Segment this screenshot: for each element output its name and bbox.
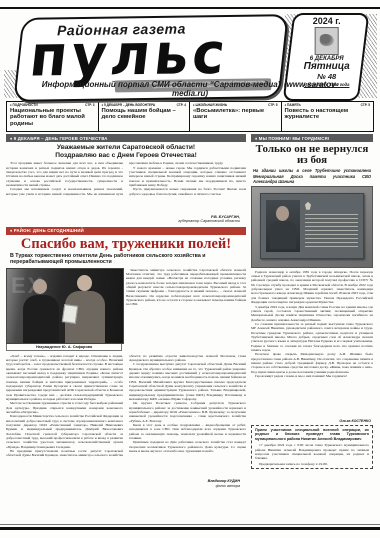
article-paragraph: Он вручил Почетные грамоты Собрания депу… bbox=[129, 401, 246, 423]
teaser-title: Помощь нашим бойцам – дело семейное bbox=[102, 108, 187, 121]
person-head bbox=[33, 279, 47, 294]
teaser-title: Повесть о настоящем журналисте bbox=[285, 108, 371, 121]
article-paragraph: 3 декабря 2024 года, в канун Дня воинско… bbox=[251, 305, 373, 322]
article-paragraph: С поздравлением выступил депутат Саратов… bbox=[129, 362, 246, 401]
teaser-page-ref: СТР. 5 bbox=[268, 103, 277, 107]
teaser-page-ref: СТР. 5 bbox=[361, 103, 370, 107]
person-silhouette bbox=[23, 295, 59, 344]
article-paragraph: Местом чествования тружеников отрасли в … bbox=[6, 401, 123, 414]
medal-icon bbox=[305, 202, 311, 210]
issue-year: 2024 г. bbox=[291, 16, 363, 26]
greeting-headline-line2: Поздравляю вас с Днем Героев Отечества! bbox=[6, 152, 246, 160]
article-paragraph: Со словами признательности за ратный под… bbox=[251, 322, 373, 352]
rubric-band-heroes-day: ♦ 9 ДЕКАБРЯ – ДЕНЬ ГЕРОЕВ ОТЕЧЕСТВА bbox=[6, 134, 246, 142]
main-article-headline: Спасибо вам, труженики полей! bbox=[6, 237, 246, 252]
teaser-school-life: ♦ ШКОЛЬНАЯ ЖИЗНЬ СТР. 5 «Восьмилетка»: п… bbox=[190, 102, 282, 131]
greeting-body: Этот праздник имеет большое значение для… bbox=[6, 161, 246, 213]
article-paragraph: Были в этот день и особые поздравления –… bbox=[129, 423, 246, 440]
teaser-rubric: ♦ ШКОЛЬНАЯ ЖИЗНЬ bbox=[193, 103, 227, 107]
greeting-paragraph: У нового времени – новые герои. Мы горди… bbox=[129, 166, 246, 188]
award-photo: ЕХ bbox=[6, 268, 124, 344]
greeting-paragraph: Пусть приумножаются новые свершения на б… bbox=[129, 187, 246, 196]
bottom-thin-rule bbox=[0, 524, 380, 525]
main-article-body: «Хлеб – всему голова», – издавна говорят… bbox=[6, 354, 246, 478]
memorial-plaque bbox=[260, 193, 364, 259]
memorial-lede: На здании школы в селе Трубетчино устано… bbox=[253, 168, 371, 183]
teaser-volunteer-day: ♦ 5 ДЕКАБРЯ – ДЕНЬ ВОЛОНТЕРА СТР. 4 Помо… bbox=[99, 102, 191, 131]
main-article-lead: Заместитель министра сельского хозяйства… bbox=[126, 268, 246, 352]
teaser-rubric: ♦ ПОДРОБНОСТИ bbox=[10, 103, 38, 107]
memorial-signature: Ольга КОСТЕНКО bbox=[251, 419, 371, 423]
article-paragraph: Приятным подарком ко Дню работника сельс… bbox=[129, 440, 246, 453]
plaque-inscription-lines bbox=[305, 214, 358, 250]
teaser-rubric: ♦ 5 ДЕКАБРЯ – ДЕНЬ ВОЛОНТЕРА bbox=[102, 103, 156, 107]
person-head bbox=[77, 275, 92, 291]
memorial-plaque-photo bbox=[251, 186, 373, 268]
teaser-page-ref: СТР. 4 bbox=[177, 103, 186, 107]
teaser-rubric: ♦ ПАМЯТЬ bbox=[285, 103, 301, 107]
notice-body: 17 декабря 2024 года с 9:00 часов глава … bbox=[255, 443, 369, 461]
teaser-memory: ♦ ПАМЯТЬ СТР. 5 Повесть о настоящем журн… bbox=[282, 102, 374, 131]
photo-credit: фото автора bbox=[6, 484, 240, 489]
greeting-signature: Р.В. БУСАРГИН, губернатор Саратовской об… bbox=[6, 215, 240, 224]
rubric-band-district-today: ♦ РАЙОН: ДЕНЬ СЕГОДНЯШНИЙ bbox=[6, 227, 246, 235]
signature-role: губернатор Саратовской области bbox=[6, 219, 240, 224]
masthead: Районная газета пульс Учредители: Минист… bbox=[0, 0, 380, 98]
bottom-rule bbox=[0, 527, 380, 530]
issue-weekday: Пятница bbox=[291, 62, 363, 72]
article-paragraph: Герои живут рядом с нами, и мы о них пом… bbox=[251, 374, 373, 378]
right-column: ♦ МЫ ПОМНИМ! МЫ ГОРДИМСЯ! Только он не в… bbox=[251, 134, 373, 491]
memorial-body: Родился Александр в октябре 1981 года в … bbox=[251, 270, 373, 418]
photo-caption: Награждение Ю. А. Сафарова bbox=[6, 344, 122, 351]
media-portal-line: Информационный портал СМИ области “Сарат… bbox=[30, 80, 350, 98]
rubric-band-we-remember: ♦ МЫ ПОМНИМ! МЫ ГОРДИМСЯ! bbox=[251, 134, 373, 142]
notice-title: Прием участников специальной военной опе… bbox=[255, 428, 369, 442]
article-paragraph: Заместитель министра сельского хозяйства… bbox=[126, 268, 246, 307]
teaser-title: Национальные проекты работают во благо м… bbox=[10, 108, 95, 127]
main-article-subtitle: В Турках торжественно отметили День рабо… bbox=[10, 253, 246, 265]
content-grid: ♦ 9 ДЕКАБРЯ – ДЕНЬ ГЕРОЕВ ОТЕЧЕСТВА Уваж… bbox=[0, 132, 380, 491]
coat-of-arms-icon bbox=[315, 27, 339, 55]
left-column: ♦ 9 ДЕКАБРЯ – ДЕНЬ ГЕРОЕВ ОТЕЧЕСТВА Уваж… bbox=[6, 134, 246, 491]
reception-notice-box: Прием участников специальной военной опе… bbox=[251, 425, 373, 469]
article-paragraph: Родился Александр в октябре 1981 года в … bbox=[251, 270, 373, 305]
front-page-teasers: ♦ ПОДРОБНОСТИ СТР. 3 Национальные проект… bbox=[6, 101, 374, 132]
teaser-page-ref: СТР. 3 bbox=[85, 103, 94, 107]
notice-phone: Предварительная запись по телефону 2-19-… bbox=[255, 462, 369, 466]
main-article-top-row: ЕХ Награждение Ю. А. Сафарова Заместител… bbox=[6, 268, 246, 352]
memorial-headline: Только он не вернулся из боя bbox=[251, 144, 373, 166]
plaque-portrait-torso bbox=[270, 221, 296, 249]
article-paragraph: Благодарности Министерства сельского хоз… bbox=[6, 414, 123, 449]
brand-name: пульс bbox=[27, 25, 280, 85]
article-paragraph: Почетное право открыть Мемориальную доск… bbox=[251, 352, 373, 374]
teaser-details: ♦ ПОДРОБНОСТИ СТР. 3 Национальные проект… bbox=[7, 102, 99, 131]
plaque-portrait-face bbox=[276, 206, 289, 221]
main-article-signature: Владимир КУДИН фото автора bbox=[6, 479, 240, 488]
teaser-title: «Восьмилетка»: первые шаги bbox=[193, 108, 278, 121]
award-photo-block: ЕХ Награждение Ю. А. Сафарова bbox=[6, 268, 122, 352]
certificate bbox=[62, 304, 78, 324]
greeting-paragraph: Этот праздник имеет большое значение для… bbox=[6, 161, 123, 187]
article-paragraph: «Хлеб – всему голова», – издавна говорят… bbox=[6, 354, 123, 402]
newspaper-front-page: Районная газета пульс Учредители: Минист… bbox=[0, 0, 380, 538]
greeting-headline-line1: Уважаемые жители Саратовской области! bbox=[6, 144, 246, 152]
